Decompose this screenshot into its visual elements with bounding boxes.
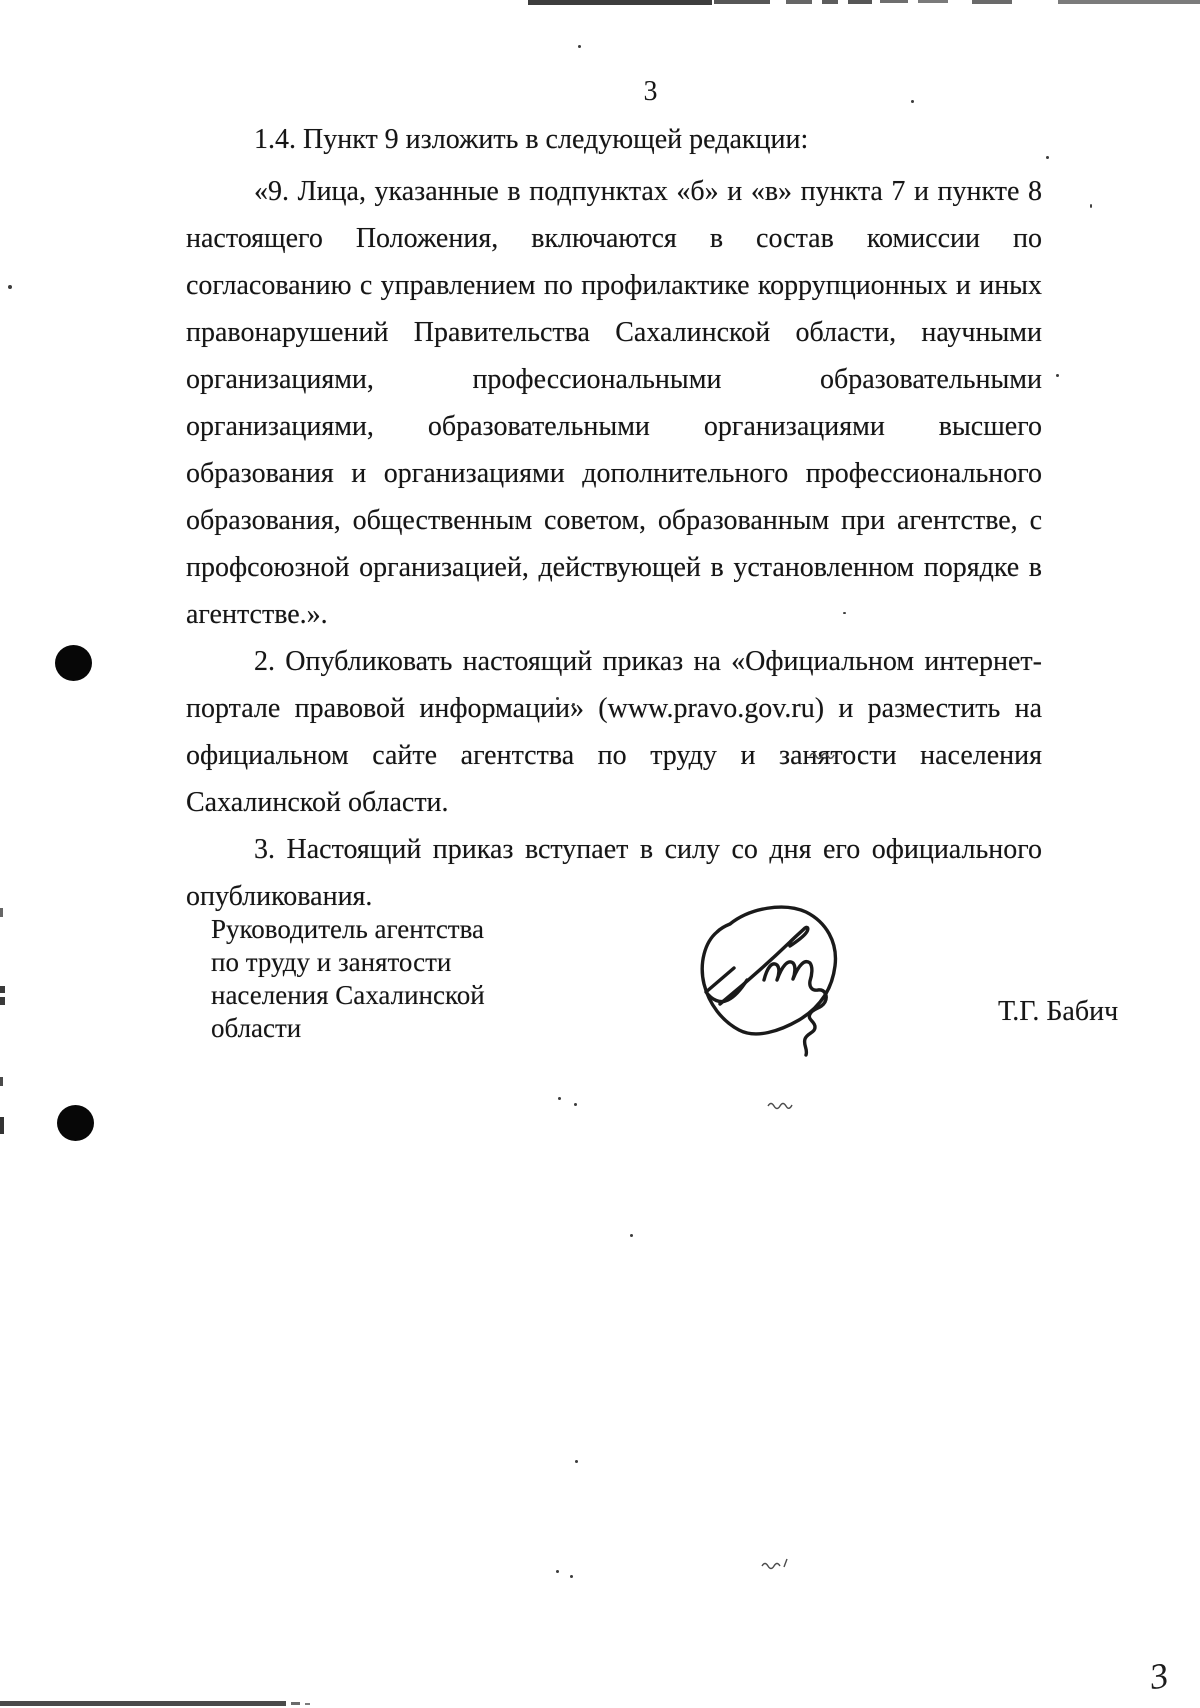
scan-artifact-top-edge	[918, 0, 948, 3]
hole-punch-bottom	[57, 1105, 94, 1141]
signature-title-line: по труду и занятости	[211, 946, 511, 979]
handwritten-page-number: 3	[1147, 1654, 1171, 1698]
signature-title-line: области	[211, 1012, 511, 1045]
scan-speck	[911, 100, 914, 103]
scan-speck	[630, 1234, 633, 1237]
scan-speck	[572, 703, 575, 706]
scan-speck	[578, 45, 581, 48]
signature-title-line: населения Сахалинской	[211, 979, 511, 1012]
scan-artifact-bottom-edge	[305, 1703, 310, 1705]
document-body: 1.4. Пункт 9 изложить в следующей редакц…	[186, 116, 1042, 920]
scan-artifact-top-edge	[880, 0, 908, 3]
scanned-document-page: 3 1.4. Пункт 9 изложить в следующей реда…	[0, 0, 1200, 1708]
scan-artifact-left-edge	[0, 986, 5, 993]
scan-artifact-top-edge	[822, 0, 838, 4]
scan-artifact-top-edge	[714, 0, 770, 4]
scan-artifact-top-edge	[786, 0, 812, 4]
scan-speck	[1056, 374, 1059, 377]
scan-artifact-left-edge	[0, 997, 5, 1005]
scan-speck	[1090, 204, 1092, 208]
signatory-name: Т.Г. Бабич	[998, 996, 1118, 1028]
signature-title-line: Руководитель агентства	[211, 913, 511, 946]
pencil-mark	[808, 748, 836, 760]
scan-artifact-left-edge	[0, 1077, 3, 1086]
scan-speck	[556, 697, 559, 700]
scan-artifact-top-edge	[1058, 0, 1200, 4]
scan-speck	[558, 1097, 561, 1100]
scan-speck	[574, 1103, 577, 1106]
scan-artifact-left-edge	[0, 908, 3, 917]
paragraph-9-quote: «9. Лица, указанные в подпунктах «б» и «…	[186, 168, 1042, 638]
page-number-top: 3	[186, 76, 1116, 108]
pencil-mark	[766, 1098, 794, 1110]
paragraph-1-4: 1.4. Пункт 9 изложить в следующей редакц…	[186, 116, 1042, 163]
scan-artifact-top-edge	[972, 0, 1012, 4]
scan-speck	[556, 1570, 559, 1573]
signature-title: Руководитель агентства по труду и занято…	[211, 913, 511, 1045]
scan-artifact-top-edge	[848, 0, 872, 4]
scan-artifact-top-edge	[528, 0, 712, 5]
scan-speck	[575, 1460, 578, 1463]
scan-speck	[570, 1575, 573, 1578]
scan-speck	[8, 285, 12, 289]
scan-artifact-bottom-edge	[291, 1702, 300, 1705]
scan-speck	[843, 612, 846, 614]
paragraph-3-effective: 3. Настоящий приказ вступает в силу со д…	[186, 826, 1042, 920]
pencil-mark	[760, 1557, 790, 1571]
hole-punch-top	[55, 645, 92, 681]
scan-artifact-bottom-edge	[0, 1701, 286, 1706]
paragraph-2-publish: 2. Опубликовать настоящий приказ на «Офи…	[186, 638, 1042, 826]
scan-artifact-left-edge	[0, 1117, 4, 1134]
scan-speck	[1046, 156, 1049, 159]
handwritten-signature-icon	[672, 900, 847, 1060]
